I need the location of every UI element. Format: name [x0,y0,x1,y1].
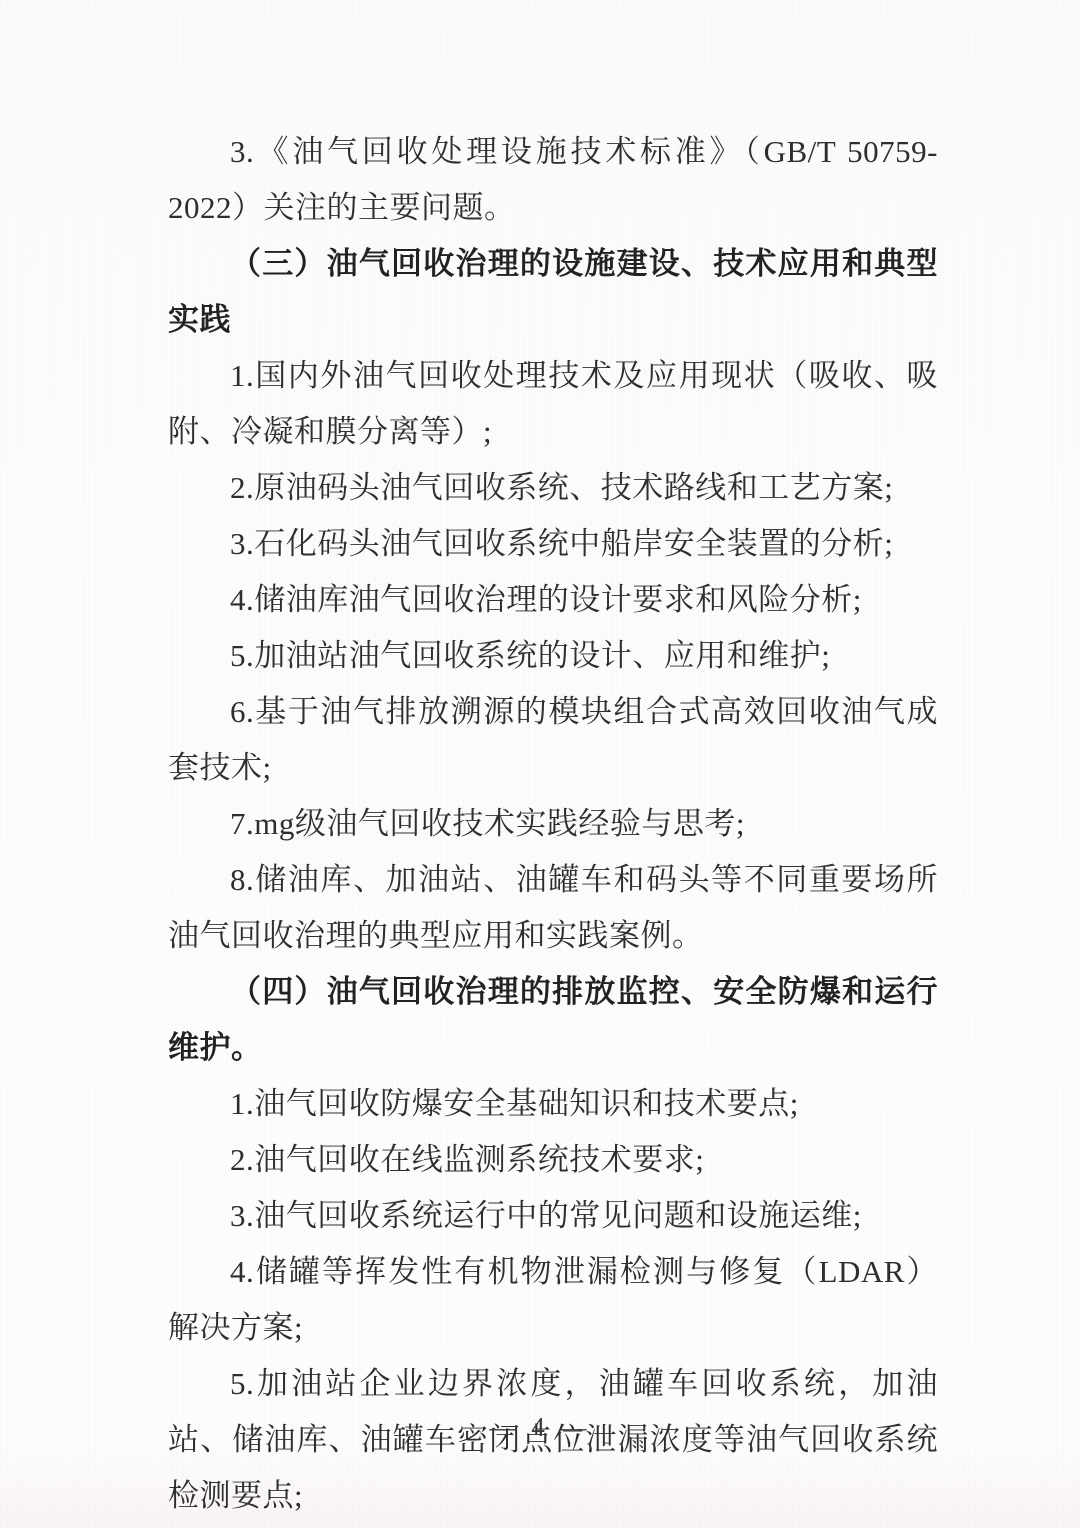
list-item: 1.国内外油气回收处理技术及应用现状（吸收、吸附、冷凝和膜分离等）; [168,348,938,460]
list-item: 2.油气回收在线监测系统技术要求; [168,1132,938,1188]
list-item: 3.油气回收系统运行中的常见问题和设施运维; [168,1188,938,1244]
list-item: 7.mg级油气回收技术实践经验与思考; [168,796,938,852]
paragraph: 3.《油气回收处理设施技术标准》（GB/T 50759-2022）关注的主要问题… [168,124,938,236]
section-heading: （四）油气回收治理的排放监控、安全防爆和运行维护。 [168,964,938,1076]
list-item: 5.加油站油气回收系统的设计、应用和维护; [168,628,938,684]
section-heading: （三）油气回收治理的设施建设、技术应用和典型实践 [168,236,938,348]
list-item: 4.储罐等挥发性有机物泄漏检测与修复（LDAR）解决方案; [168,1244,938,1356]
list-item: 1.油气回收防爆安全基础知识和技术要点; [168,1076,938,1132]
list-item: 4.储油库油气回收治理的设计要求和风险分析; [168,572,938,628]
list-item: 8.储油库、加油站、油罐车和码头等不同重要场所油气回收治理的典型应用和实践案例。 [168,852,938,964]
list-item: 2.原油码头油气回收系统、技术路线和工艺方案; [168,460,938,516]
scanned-document-page: 3.《油气回收处理设施技术标准》（GB/T 50759-2022）关注的主要问题… [0,0,1080,1528]
list-item: 3.石化码头油气回收系统中船岸安全装置的分析; [168,516,938,572]
list-item: 6.基于油气排放溯源的模块组合式高效回收油气成套技术; [168,684,938,796]
document-body: 3.《油气回收处理设施技术标准》（GB/T 50759-2022）关注的主要问题… [0,0,1080,1524]
page-number: — 4 — [0,1412,1080,1443]
